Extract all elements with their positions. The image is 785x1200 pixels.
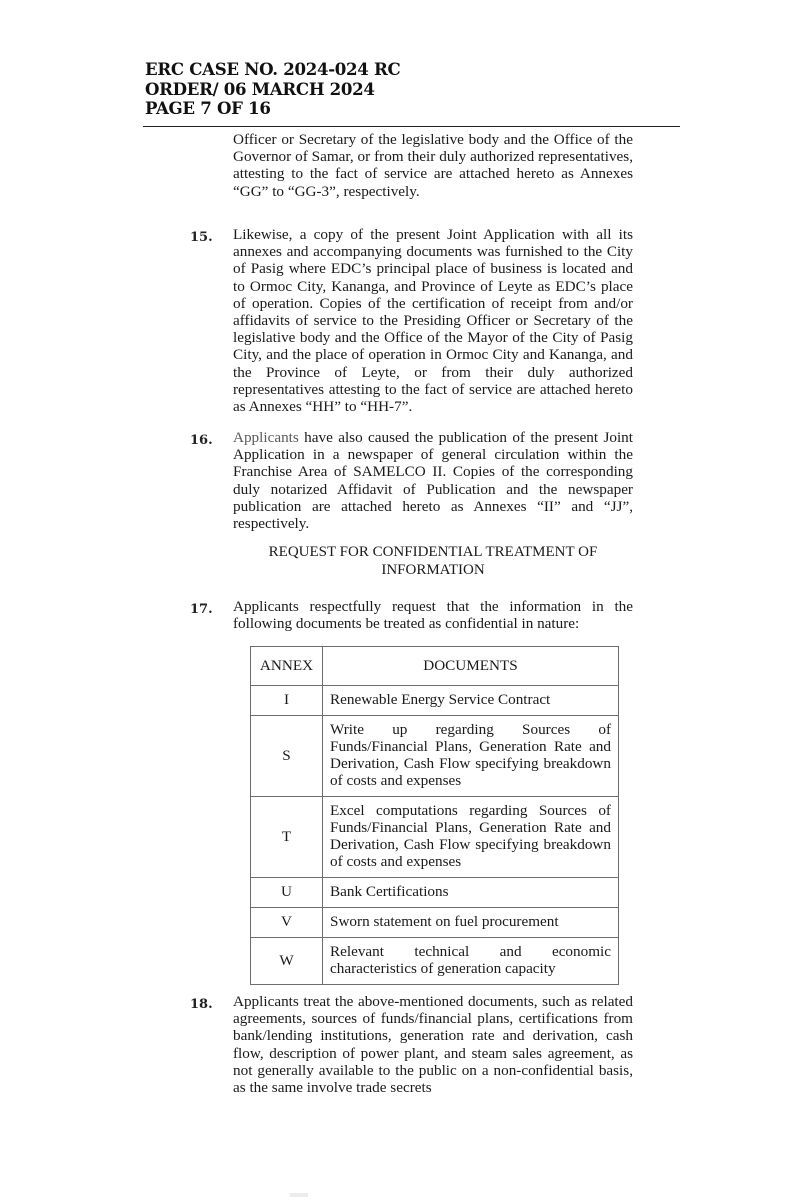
paragraph-15: Likewise, a copy of the present Joint Ap… [233,226,633,415]
table-row: S Write up regarding Sources of Funds/Fi… [251,716,619,797]
paragraph-16: Applicants have also caused the publicat… [233,429,633,532]
table-row: V Sworn statement on fuel procurement [251,908,619,938]
annex-cell: W [251,938,323,985]
case-number: ERC CASE NO. 2024-024 RC [145,60,680,80]
document-cell: Renewable Energy Service Contract [323,686,619,716]
header-rule [143,126,680,127]
annex-cell: I [251,686,323,716]
table-row: T Excel computations regarding Sources o… [251,797,619,878]
page-indicator: PAGE 7 OF 16 [145,99,680,119]
paragraph-17: Applicants respectfully request that the… [233,598,633,632]
table-header-row: ANNEX DOCUMENTS [251,647,619,686]
table-row: U Bank Certifications [251,878,619,908]
paragraph-16-lead: Applicants [233,429,299,446]
document-cell: Write up regarding Sources of Funds/Fina… [323,716,619,797]
table-row: I Renewable Energy Service Contract [251,686,619,716]
annex-cell: T [251,797,323,878]
column-header-documents: DOCUMENTS [323,647,619,686]
document-page: ERC CASE NO. 2024-024 RC ORDER/ 06 MARCH… [0,0,785,1200]
paragraph-number-17: 17. [190,601,213,618]
document-cell: Excel computations regarding Sources of … [323,797,619,878]
paragraph-number-18: 18. [190,996,213,1013]
document-cell: Sworn statement on fuel procurement [323,908,619,938]
table-row: W Relevant technical and economic charac… [251,938,619,985]
annex-cell: V [251,908,323,938]
document-cell: Bank Certifications [323,878,619,908]
confidential-documents-table: ANNEX DOCUMENTS I Renewable Energy Servi… [250,646,619,985]
scan-artifact [290,1193,308,1197]
annex-cell: U [251,878,323,908]
document-cell: Relevant technical and economic characte… [323,938,619,985]
paragraph-number-16: 16. [190,432,213,449]
paragraph-number-15: 15. [190,229,213,246]
paragraph-18: Applicants treat the above-mentioned doc… [233,993,633,1096]
case-header: ERC CASE NO. 2024-024 RC ORDER/ 06 MARCH… [145,60,680,119]
order-date: ORDER/ 06 MARCH 2024 [145,80,680,100]
intro-continuation: Officer or Secretary of the legislative … [233,131,633,200]
annex-cell: S [251,716,323,797]
section-heading: REQUEST FOR CONFIDENTIAL TREATMENT OF IN… [233,544,633,579]
column-header-annex: ANNEX [251,647,323,686]
